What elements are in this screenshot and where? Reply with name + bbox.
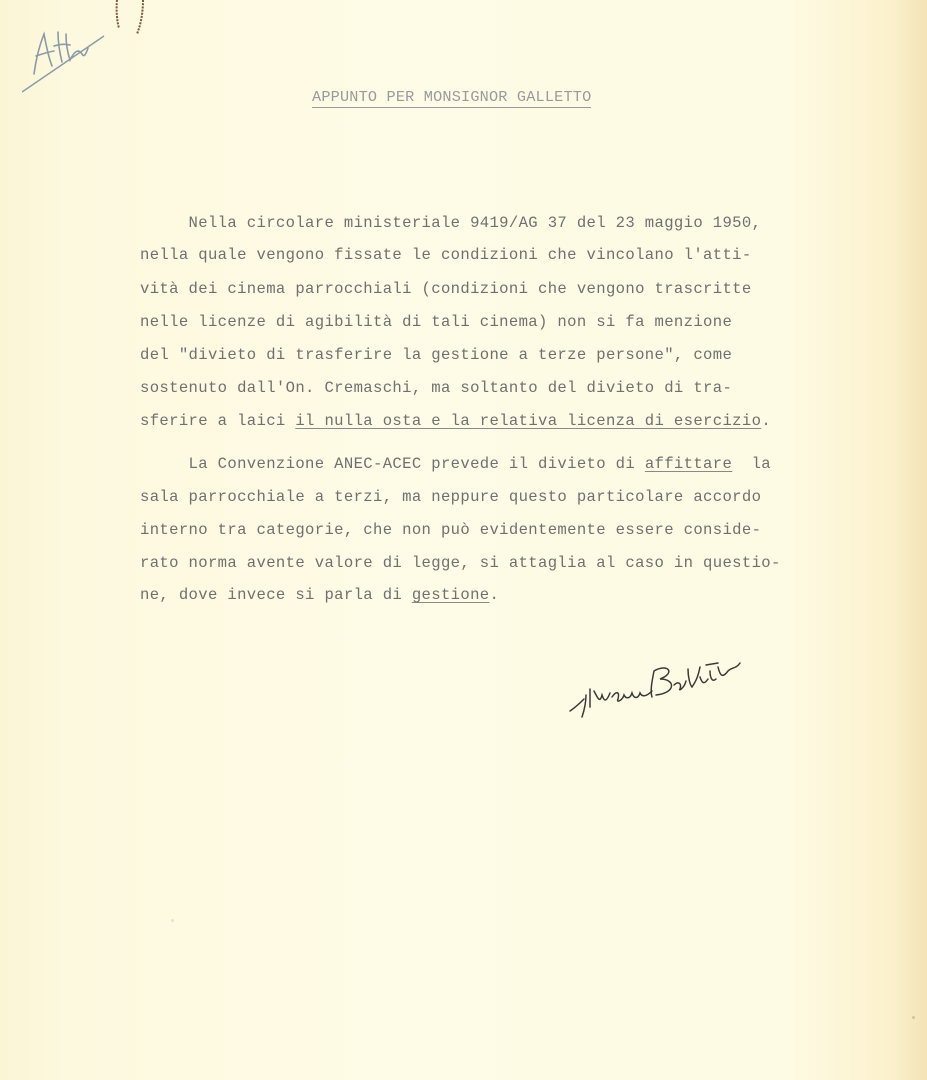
document-title: APPUNTO PER MONSIGNOR GALLETTO (312, 88, 591, 108)
text-segment: . (761, 412, 771, 430)
text-segment: . (490, 586, 500, 604)
paragraph1-line: Nella circolare ministeriale 9419/AG 37 … (140, 214, 761, 232)
text-segment: ne, dove invece si parla di (140, 586, 412, 604)
paragraph1-last-line: sferire a laici il nulla osta e la relat… (140, 412, 771, 430)
paper-speck (171, 919, 174, 922)
underlined-text: gestione (412, 586, 490, 604)
paragraph2-first-line: La Convenzione ANEC-ACEC prevede il divi… (140, 455, 771, 473)
document-page: APPUNTO PER MONSIGNOR GALLETTO Nella cir… (0, 0, 927, 1080)
paragraph2-line: rato norma avente valore di legge, si at… (140, 554, 781, 572)
paragraph1-line: nella quale vengono fissate le condizion… (140, 246, 752, 264)
text-segment: sferire a laici (140, 412, 295, 430)
paragraph1-line: sostenuto dall'On. Cremaschi, ma soltant… (140, 379, 732, 397)
paper-speck (912, 1016, 915, 1019)
staple-mark (113, 0, 149, 36)
underlined-text: il nulla osta e la relativa licenza di e… (295, 412, 761, 430)
underlined-text: affittare (645, 455, 732, 473)
text-segment: La Convenzione ANEC-ACEC prevede il divi… (140, 455, 645, 473)
paragraph2-line: interno tra categorie, che non può evide… (140, 521, 761, 539)
paragraph1-line: del "divieto di trasferire la gestione a… (140, 346, 732, 364)
paragraph2-last-line: ne, dove invece si parla di gestione. (140, 586, 499, 604)
handwritten-signature (568, 655, 768, 725)
paragraph2-line: sala parrocchiale a terzi, ma neppure qu… (140, 488, 761, 506)
text-segment: la (732, 455, 771, 473)
handwritten-initials-mark (22, 14, 112, 94)
paragraph1-line: vità dei cinema parrocchiali (condizioni… (140, 280, 752, 298)
paragraph1-line: nelle licenze di agibilità di tali cinem… (140, 313, 732, 331)
